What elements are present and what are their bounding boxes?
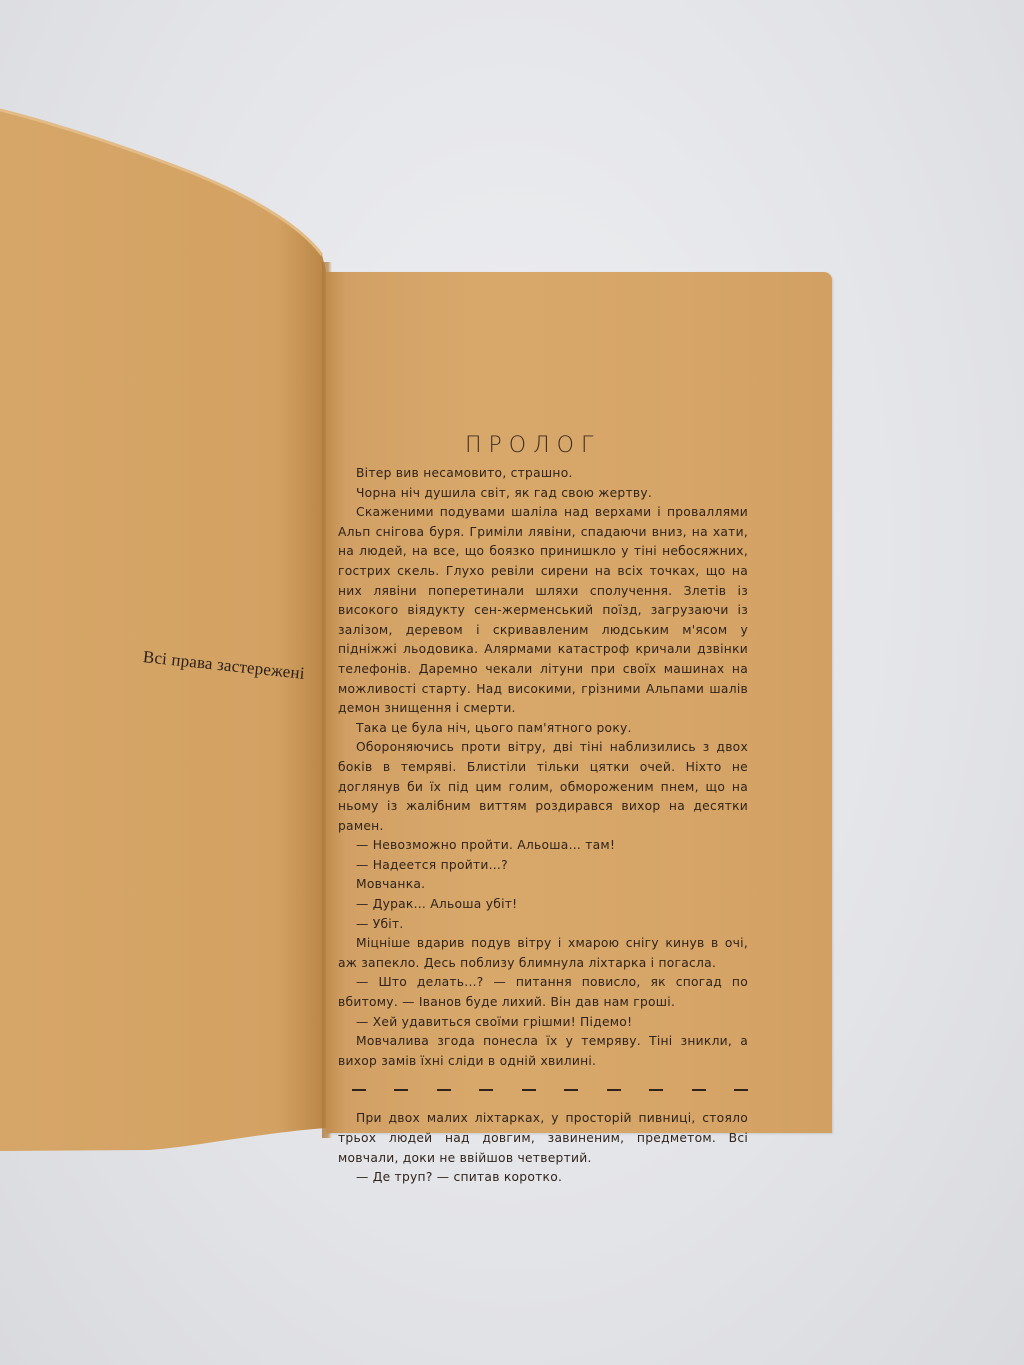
left-page-paper — [0, 0, 340, 1160]
dialogue-line: — Убіт. — [338, 915, 748, 935]
section-separator — [352, 1083, 748, 1097]
body-text: Вітер вив несамовито, страшно. Чорна ніч… — [338, 464, 748, 1188]
dialogue-line: — Де труп? — спитав коротко. — [338, 1168, 748, 1188]
dialogue-line: — Што делать...? — питання повисло, як с… — [338, 973, 748, 1012]
paragraph: Міцніше вдарив подув вітру і хмарою сніг… — [338, 934, 748, 973]
chapter-title: ПРОЛОГ — [465, 433, 600, 458]
paragraph: Така це була ніч, цього пам'ятного року. — [338, 719, 748, 739]
paragraph: При двох малих ліхтарках, у просторій пи… — [338, 1109, 748, 1168]
paragraph: Чорна ніч душила світ, як гад свою жертв… — [338, 484, 748, 504]
paragraph: Вітер вив несамовито, страшно. — [338, 464, 748, 484]
paragraph: Обороняючись проти вітру, дві тіні набли… — [338, 738, 748, 836]
dialogue-line: — Хей удавиться своїми грішми! Підемо! — [338, 1013, 748, 1033]
dialogue-line: — Надеется пройти...? — [338, 856, 748, 876]
dialogue-line: — Невозможно пройти. Альоша... там! — [338, 836, 748, 856]
paragraph: Мовчанка. — [338, 875, 748, 895]
paragraph: Мовчалива згода понесла їх у темряву. Ті… — [338, 1032, 748, 1071]
dialogue-line: — Дурак... Альоша убіт! — [338, 895, 748, 915]
left-page — [0, 0, 340, 1160]
paragraph: Скаженими подувами шаліла над верхами і … — [338, 503, 748, 719]
